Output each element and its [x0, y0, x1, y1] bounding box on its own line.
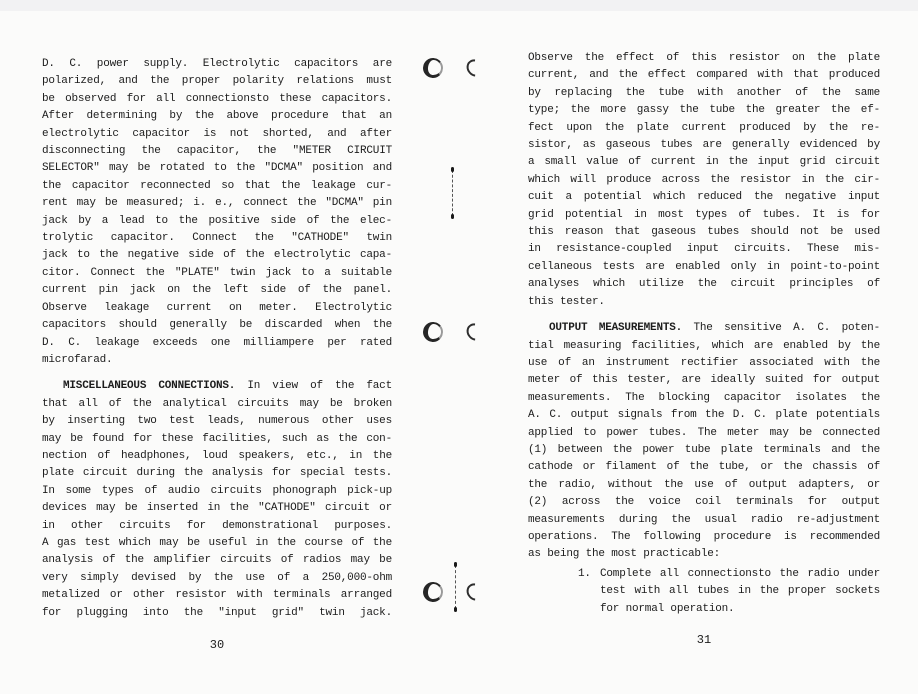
- binding-scratch-mark: [452, 170, 453, 216]
- text-line: type; the more gassy the tube the greate…: [528, 102, 880, 119]
- section-heading: MISCELLANEOUS CONNECTIONS.: [63, 380, 235, 392]
- text-line: SELECTOR" may be rotated to the "DCMA" p…: [42, 160, 392, 177]
- text-line: A. C. output signals from the D. C. plat…: [528, 407, 880, 424]
- text-line: jack to the negative side of the electro…: [42, 247, 392, 264]
- paragraph: D. C. power supply. Electrolytic capacit…: [42, 56, 392, 369]
- text-line: use of an instrument rectifier associate…: [528, 355, 880, 372]
- numbered-list: 1.Complete all connectionsto the radio u…: [528, 566, 880, 618]
- text-line: this tester.: [528, 294, 880, 311]
- text-line: sistor, as gaseous tubes are generally e…: [528, 137, 880, 154]
- text-line: for plugging into the "input grid" twin …: [42, 605, 392, 622]
- text-line: be observed for all connectionsto these …: [42, 91, 392, 108]
- right-page-paragraphs: Observe the effect of this resistor on t…: [528, 50, 880, 564]
- text-line: the capacitor reconnected so that the le…: [42, 178, 392, 195]
- text-line: capacitors should generally be discarded…: [42, 317, 392, 334]
- text-line: citor. Connect the "PLATE" twin jack to …: [42, 265, 392, 282]
- text-line: tial measuring facilities, which are ena…: [528, 338, 880, 355]
- text-line: In some types of audio circuits phonogra…: [42, 483, 392, 500]
- list-number: 1.: [578, 566, 600, 618]
- binding-hole-left-icon: [422, 57, 444, 79]
- text-line: devices may be inserted in the "CATHODE"…: [42, 500, 392, 517]
- text-line: by replacing the tube with another of th…: [528, 85, 880, 102]
- binding-hole-left-icon: [422, 581, 444, 603]
- binding-hole-right-icon: [463, 56, 487, 80]
- text-line: Observe leakage current on meter. Electr…: [42, 300, 392, 317]
- text-line: the radio, without the use of output ada…: [528, 477, 880, 494]
- binding-holes-bottom: [423, 582, 483, 602]
- text-line: in other circuits for demonstrational pu…: [42, 518, 392, 535]
- numbered-list-item: 1.Complete all connectionsto the radio u…: [528, 566, 880, 618]
- text-line: MISCELLANEOUS CONNECTIONS. In view of th…: [42, 378, 392, 395]
- text-line: jack by a lead to the positive side of t…: [42, 213, 392, 230]
- text-line: current pin jack on the left side of the…: [42, 282, 392, 299]
- text-line: measurements. The blocking capacitor iso…: [528, 390, 880, 407]
- binding-holes-top: [423, 58, 483, 78]
- text-line: Observe the effect of this resistor on t…: [528, 50, 880, 67]
- right-page-number: 31: [528, 633, 880, 647]
- text-line: analysis of the amplifier circuits of ra…: [42, 552, 392, 569]
- text-line: which will produce across the resistor i…: [528, 172, 880, 189]
- text-line: disconnecting the capacitor, the "METER …: [42, 143, 392, 160]
- paragraph: OUTPUT MEASUREMENTS. The sensitive A. C.…: [528, 320, 880, 564]
- text-line: may be found for these facilities, such …: [42, 431, 392, 448]
- text-line: test with all tubes in the proper socket…: [600, 583, 880, 600]
- text-line: current, and the effect compared with th…: [528, 67, 880, 84]
- text-line: analyses which utilize the circuit princ…: [528, 276, 880, 293]
- text-line: D. C. leakage exceeds one milliampere pe…: [42, 335, 392, 352]
- text-line: OUTPUT MEASUREMENTS. The sensitive A. C.…: [528, 320, 880, 337]
- text-line: trolytic capacitor. Connect the "CATHODE…: [42, 230, 392, 247]
- text-line: measurements during the usual radio re-a…: [528, 512, 880, 529]
- text-line: electrolytic capacitor is not shorted, a…: [42, 126, 392, 143]
- text-line: polarized, and the proper polarity relat…: [42, 73, 392, 90]
- left-page-text-column: D. C. power supply. Electrolytic capacit…: [42, 56, 392, 622]
- text-line: plate circuit during the analysis for sp…: [42, 465, 392, 482]
- text-line: applied to power tubes. The meter may be…: [528, 425, 880, 442]
- binding-hole-left-icon: [422, 321, 444, 343]
- text-line: metalized or other resistor with termina…: [42, 587, 392, 604]
- text-line: After determining by the above procedure…: [42, 108, 392, 125]
- text-line: (1) between the power tube plate termina…: [528, 442, 880, 459]
- binding-hole-right-icon: [463, 320, 487, 344]
- text-line: cathode or filament of the tube, or the …: [528, 459, 880, 476]
- text-line: very simply devised by the use of a 250,…: [42, 570, 392, 587]
- text-line: that all of the analytical circuits may …: [42, 396, 392, 413]
- text-line: rent may be measured; i. e., connect the…: [42, 195, 392, 212]
- text-line: by inserting two test leads, numerous ot…: [42, 413, 392, 430]
- binding-hole-right-icon: [463, 580, 487, 604]
- text-line: nection of headphones, loud speakers, et…: [42, 448, 392, 465]
- text-line: cellaneous tests are enabled only in poi…: [528, 259, 880, 276]
- binding-holes-middle: [423, 322, 483, 342]
- text-line: A gas test which may be useful in the co…: [42, 535, 392, 552]
- text-line: microfarad.: [42, 352, 392, 369]
- text-line: (2) across the voice coil terminals for …: [528, 494, 880, 511]
- text-line: in resistance-coupled input circuits. Th…: [528, 241, 880, 258]
- text-line: this reason that gaseous tubes should no…: [528, 224, 880, 241]
- text-line: cuit a potential which reduced the negat…: [528, 189, 880, 206]
- text-line: as being the most practicable:: [528, 546, 880, 563]
- text-line: a small value of current in the input gr…: [528, 154, 880, 171]
- binding-scratch-mark: [455, 565, 456, 609]
- text-line: Complete all connectionsto the radio und…: [600, 566, 880, 583]
- text-line: D. C. power supply. Electrolytic capacit…: [42, 56, 392, 73]
- right-page-text-column: Observe the effect of this resistor on t…: [528, 50, 880, 618]
- section-heading: OUTPUT MEASUREMENTS.: [549, 322, 682, 334]
- paragraph: Observe the effect of this resistor on t…: [528, 50, 880, 311]
- text-line: operations. The following procedure is r…: [528, 529, 880, 546]
- left-page-number: 30: [42, 638, 392, 652]
- text-line: for normal operation.: [600, 601, 880, 618]
- text-line: fect upon the plate current produced by …: [528, 120, 880, 137]
- paragraph: MISCELLANEOUS CONNECTIONS. In view of th…: [42, 378, 392, 622]
- text-line: meter of this tester, are ideally suited…: [528, 372, 880, 389]
- text-line: grid potential in most types of tubes. I…: [528, 207, 880, 224]
